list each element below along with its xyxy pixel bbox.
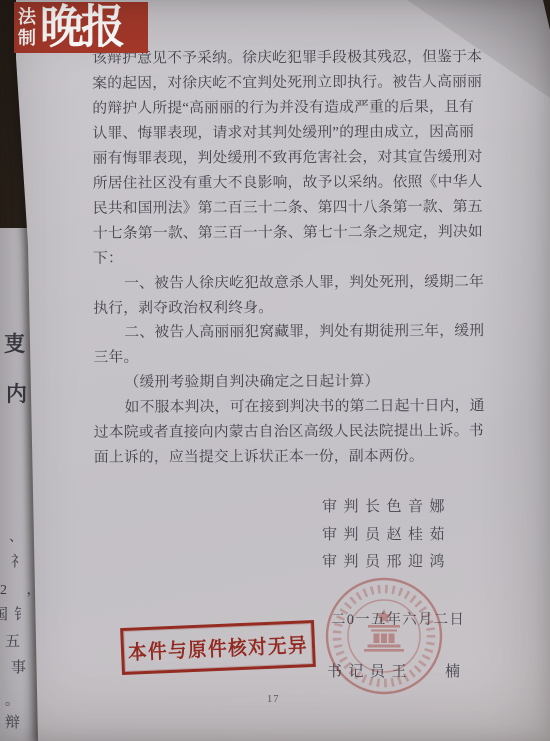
page-number: 17 (267, 694, 280, 705)
judgment-text-line: 如不服本判决，可在接到判决书的第二日起十日内，通 (94, 394, 494, 421)
judgment-text-line: 该辩护意见不予采纳。徐庆屹犯罪手段极其残忍，但鉴于本 (92, 45, 492, 72)
judge-signature-line: 审判员赵桂茹 (322, 522, 451, 550)
judgment-text-line: 所居住社区没有重大不良影响，故予以采纳。依照《中华人 (93, 170, 493, 197)
judgment-text-line: 二、被告人高丽丽犯窝藏罪，判处有期徒刑三年，缓刑 (93, 320, 493, 347)
national-emblem-glyph (364, 609, 404, 652)
judgment-text-line: 丽有悔罪表现，判处缓刑不致再危害社会，对其宣告缓刑对 (93, 145, 493, 172)
judgment-body-text: 该辩护意见不予采纳。徐庆屹犯罪手段极其残忍，但鉴于本 案的起因，对徐庆屹不宜判处… (92, 45, 494, 471)
judgment-text-line: 案的起因，对徐庆屹不宜判处死刑立即执行。被告人高丽丽 (92, 70, 492, 97)
masthead-logo: 法 制 晚报 (14, 2, 148, 53)
masthead-vertical-text: 法 制 (14, 2, 40, 53)
verification-stamp: 本件与原件核对无异 (120, 620, 316, 675)
judgment-text-line: 的辩护人所提“高丽丽的行为并没有造成严重的后果，且有 (92, 95, 492, 122)
main-page-sheet: 该辩护意见不予采纳。徐庆屹犯罪手段极其残忍，但鉴于本 案的起因，对徐庆屹不宜判处… (0, 0, 550, 741)
photographed-court-document: 叓 内 、 礻 2 ， 国钅 五 事 。 辩 该辩护意见不予采纳。徐庆屹 (0, 0, 550, 741)
masthead-char-zhi: 制 (18, 28, 36, 49)
masthead-char-fa: 法 (18, 7, 36, 28)
verification-stamp-text: 本件与原件核对无异 (127, 630, 308, 666)
masthead-main-text: 晚报 (40, 3, 122, 53)
judgment-text-line: （缓刑考验期自判决确定之日起计算） (93, 370, 493, 397)
judgment-text-line: 下： (93, 245, 493, 272)
judgment-text-line: 过本院或者直接向内蒙古自治区高级人民法院提出上诉。书 (94, 419, 494, 446)
paper-surface: 该辩护意见不予采纳。徐庆屹犯罪手段极其残忍，但鉴于本 案的起因，对徐庆屹不宜判处… (0, 0, 550, 741)
judgment-text-line: 面上诉的，应当提交上诉状正本一份，副本两份。 (94, 444, 494, 471)
judgment-text-line: 民共和国刑法》第二百三十二条、第四十八条第一款、第五 (93, 195, 493, 222)
judgment-text-line: 三年。 (93, 345, 493, 372)
judgment-text-line: 一、被告人徐庆屹犯故意杀人罪，判处死刑，缓期二年 (93, 270, 493, 297)
court-seal-icon (309, 561, 459, 711)
judge-signature-line: 审判长色音娜 (322, 494, 451, 522)
judgment-text-line: 认罪、悔罪表现，请求对其判处缓刑”的理由成立，因高丽 (92, 120, 492, 147)
judgment-text-line: 执行，剥夺政治权利终身。 (93, 295, 493, 322)
judgment-text-line: 十七条第一款、第三百一十条、第七十二条之规定，判决如 (93, 220, 493, 247)
